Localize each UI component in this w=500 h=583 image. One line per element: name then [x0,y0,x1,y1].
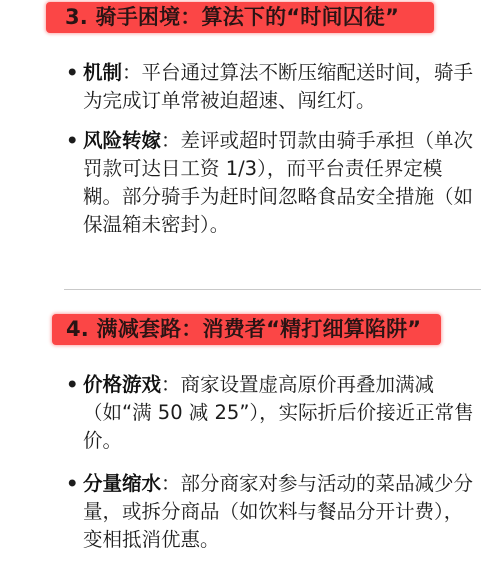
bullet-text: ：平台通过算法不断压缩配送时间，骑手为完成订单常被迫超速、闯红灯。 [83,61,473,112]
bullet-term: 价格游戏 [83,373,161,396]
bullet-body: 价格游戏：商家设置虚高原价再叠加满减（如“满 50 减 25”），实际折后价接近… [83,371,481,455]
bullet-body: 机制：平台通过算法不断压缩配送时间，骑手为完成订单常被迫超速、闯红灯。 [83,59,481,115]
bullet-term: 风险转嫁 [83,129,161,152]
section-4-heading: 4. 满减套路：消费者“精打细算陷阱” [52,314,441,345]
bullet-item-risk-transfer: • 风险转嫁：差评或超时罚款由骑手承担（单次罚款可达日工资 1/3），而平台责任… [66,127,481,239]
bullet-item-mechanism: • 机制：平台通过算法不断压缩配送时间，骑手为完成订单常被迫超速、闯红灯。 [66,59,481,115]
bullet-body: 分量缩水：部分商家对参与活动的菜品减少分量，或拆分商品（如饮料与餐品分开计费），… [83,470,481,554]
bullet-body: 风险转嫁：差评或超时罚款由骑手承担（单次罚款可达日工资 1/3），而平台责任界定… [83,127,481,239]
bullet-dot-icon: • [66,127,80,155]
bullet-dot-icon: • [66,470,80,498]
bullet-item-price-game: • 价格游戏：商家设置虚高原价再叠加满减（如“满 50 减 25”），实际折后价… [66,371,481,455]
bullet-term: 机制 [83,61,122,84]
bullet-item-portion-shrink: • 分量缩水：部分商家对参与活动的菜品减少分量，或拆分商品（如饮料与餐品分开计费… [66,470,481,554]
bullet-dot-icon: • [66,371,80,399]
section-divider [64,289,481,290]
section-3-heading: 3. 骑手困境：算法下的“时间囚徒” [46,2,434,33]
bullet-term: 分量缩水 [83,472,161,495]
bullet-dot-icon: • [66,59,80,87]
